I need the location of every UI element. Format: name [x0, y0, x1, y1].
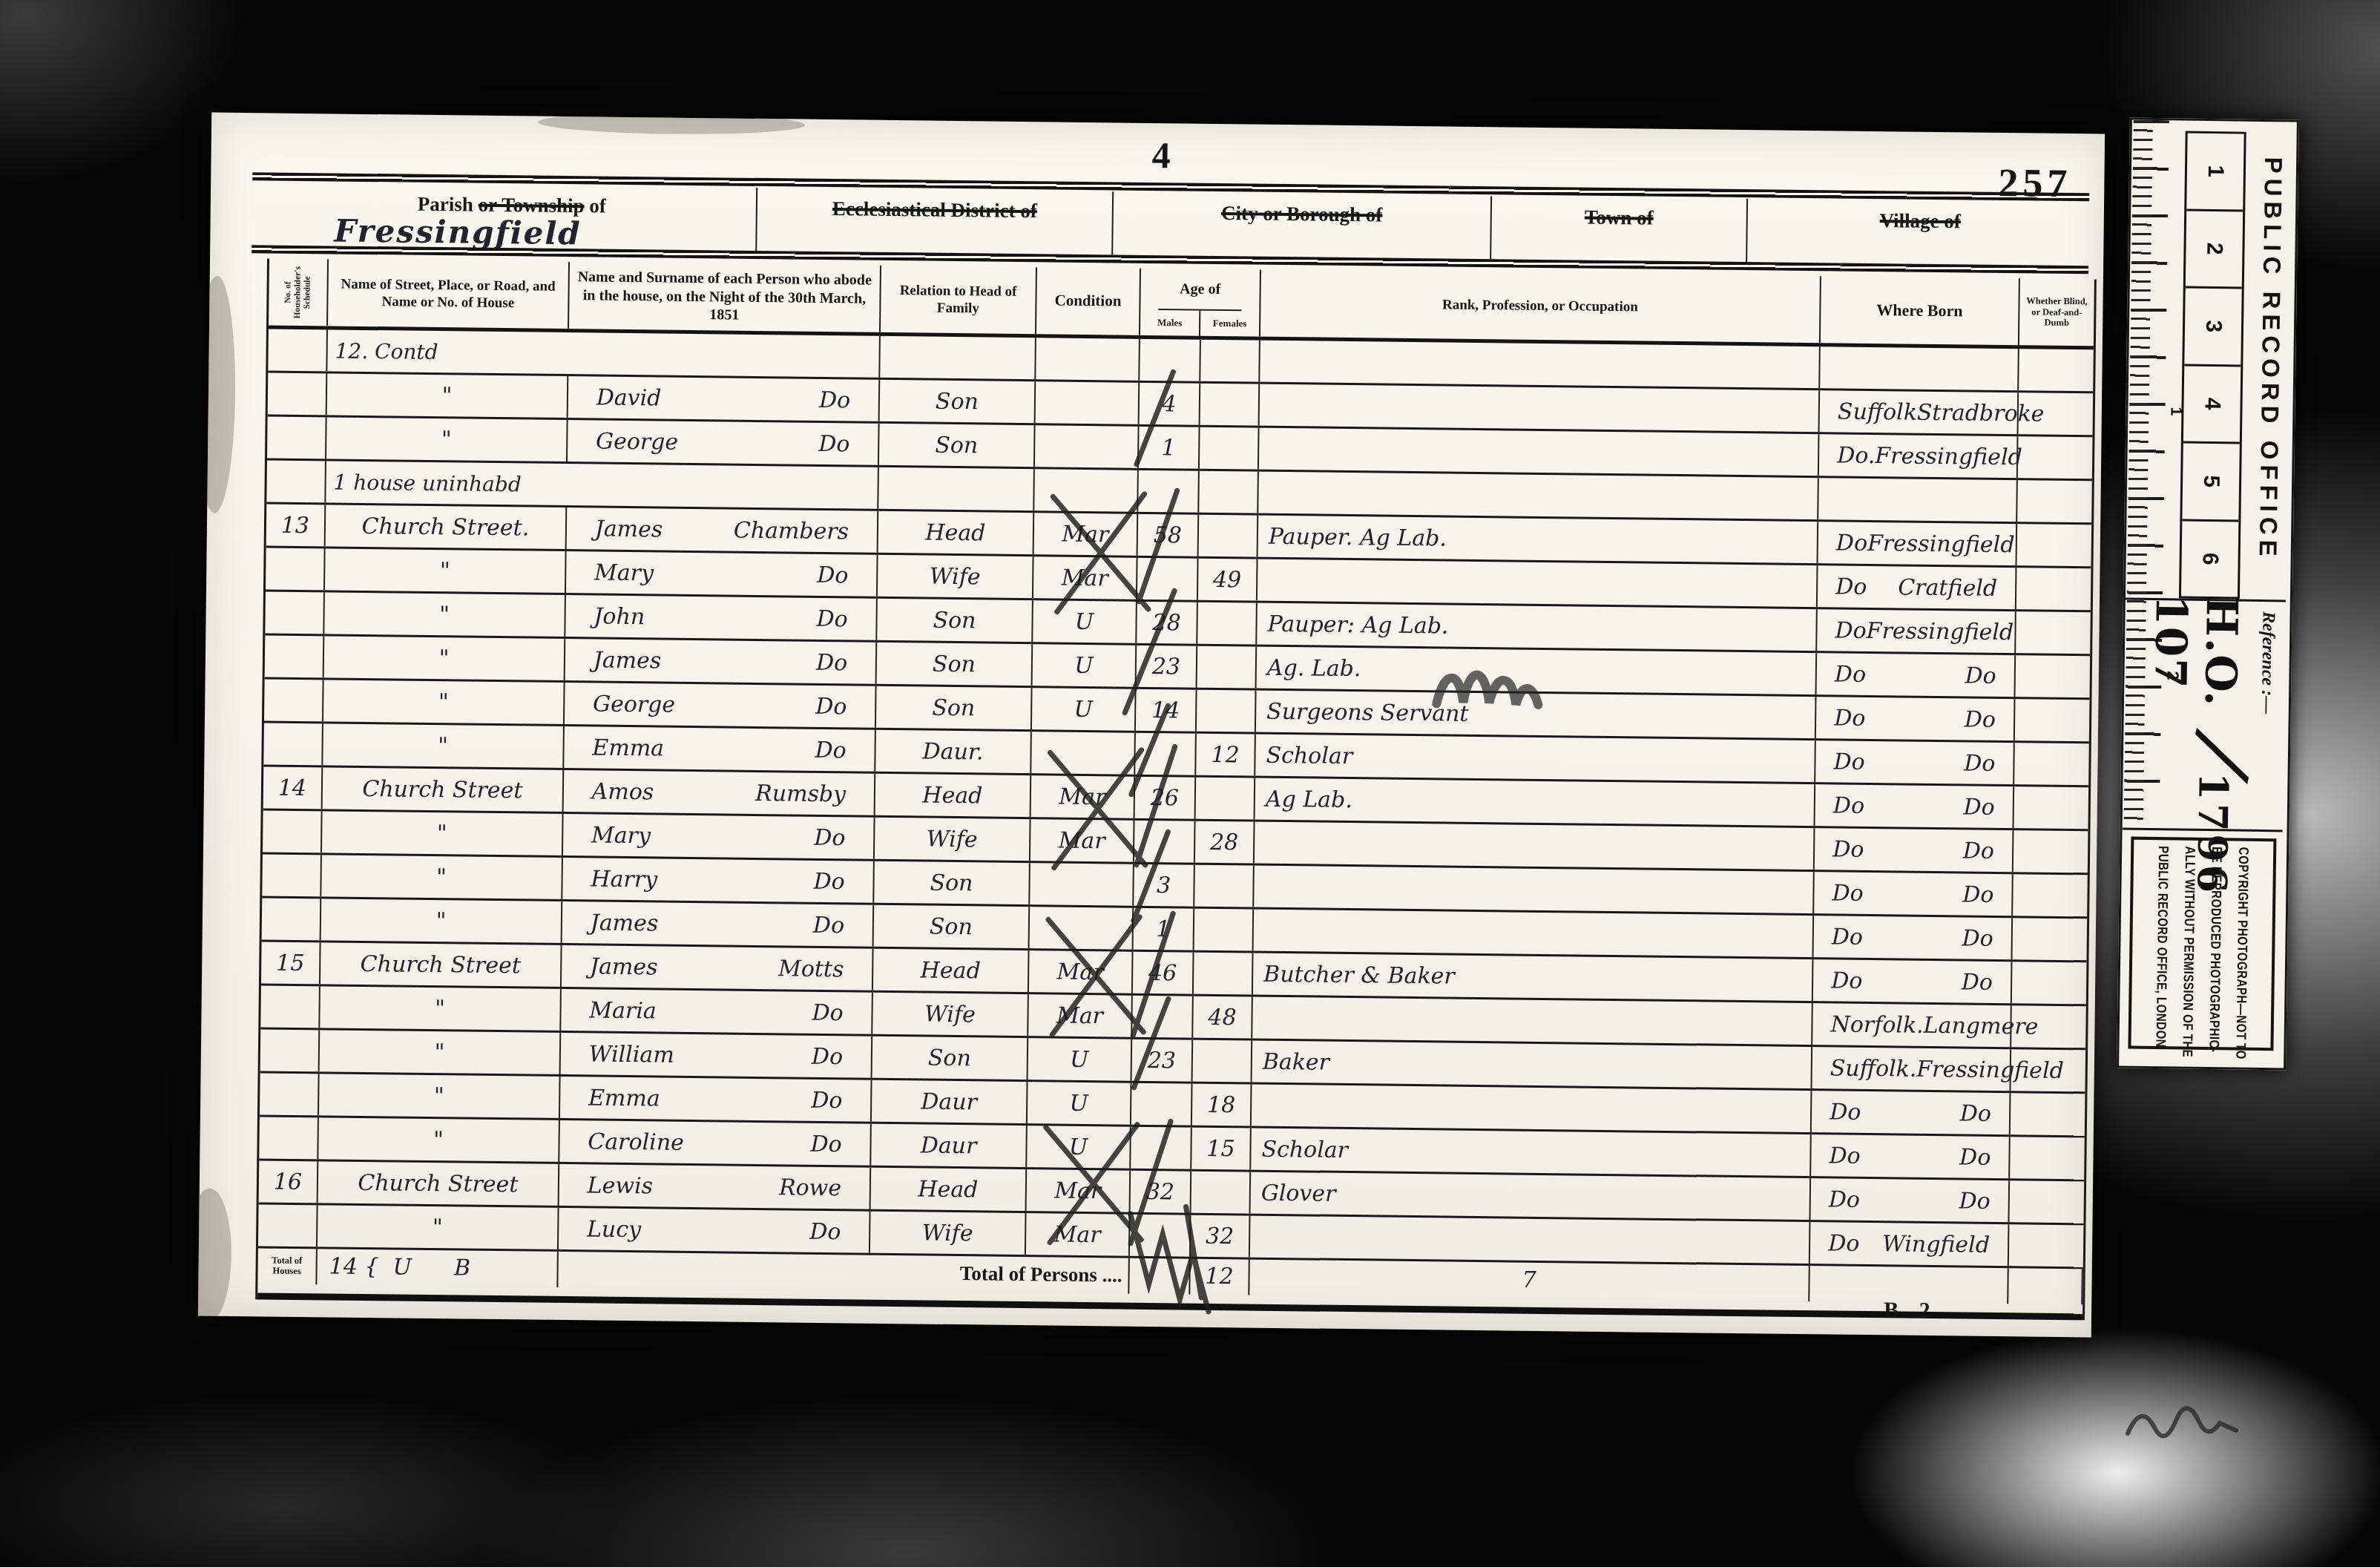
cell-age-male: 58 [1138, 514, 1200, 556]
ecclesiastical-header-cell: Ecclesiastical District of [757, 188, 1114, 254]
cell-born-county: Do [1832, 880, 1864, 906]
cell-surname: Do [812, 1043, 844, 1069]
cell-age-male: 1 [1134, 908, 1195, 950]
cell-surname: Do [810, 1131, 842, 1157]
cell-forename: John [594, 603, 645, 630]
ruler-number-boxes: 1 2 3 4 5 6 [2179, 131, 2246, 599]
parish-label: Parish [418, 193, 479, 216]
cell-born-place: Do [1962, 881, 1994, 907]
cell-street: Church Street [323, 767, 565, 812]
cell-name: Mary Do [563, 814, 875, 859]
cell-surname: Do [817, 562, 849, 588]
cell-born-place: Fressingfield [1867, 530, 2015, 557]
cell-relation: Son [877, 643, 1033, 686]
cell-forename: James [594, 647, 662, 674]
cell-surname: Do [816, 649, 848, 675]
cell-where-born: Do Do [1815, 784, 2015, 828]
cell-where-born: Do Do [1810, 1178, 2010, 1222]
cell-name: Amos Rumsby [564, 770, 876, 815]
ruler-box-6: 6 [2181, 521, 2238, 597]
cell-occupation [1254, 910, 1815, 958]
cell-schedule-number [264, 679, 324, 721]
cell-where-born: Do Do [1813, 959, 2013, 1003]
cell-born-county: Norfolk. [1830, 1011, 1924, 1038]
cell-schedule-number [265, 591, 325, 634]
cell-condition: Mar [1027, 1169, 1131, 1212]
cell-blind [2019, 392, 2094, 435]
cell-blind [2011, 1049, 2085, 1091]
cell-occupation [1254, 866, 1815, 914]
cell-forename: James [590, 953, 658, 980]
cell-age-female: 12 [1196, 734, 1256, 776]
copyright-line: BE REPRODUCED PHOTOGRAPHIC- [2201, 847, 2230, 1011]
cell-where-born [1820, 346, 2019, 390]
cell-surname: Rowe [779, 1175, 841, 1201]
cell-age-male [1131, 1083, 1193, 1126]
col-header-name: Name and Surname of each Person who abod… [569, 262, 881, 332]
cell-age-female [1194, 865, 1255, 907]
cell-age-female: 15 [1191, 1128, 1252, 1170]
cell-where-born: Do Do [1817, 653, 2016, 697]
cell-occupation: Ag. Lab. [1257, 647, 1818, 695]
cell-born-county: Suffolk [1838, 398, 1917, 425]
photographed-census-scan: 4 257 Parish or Township of Fressingfiel… [0, 0, 2380, 1567]
cell-condition [1030, 863, 1134, 906]
page-number: 4 [1151, 134, 1171, 177]
age-of-label: Age of [1158, 269, 1242, 311]
cell-blind [2019, 349, 2094, 391]
cell-age-female [1200, 427, 1260, 470]
cell-born-county: Do [1835, 661, 1867, 687]
cell-where-born: Do Do [1811, 1134, 2011, 1178]
cell-name: Lucy Do [559, 1208, 871, 1253]
cell-relation: Son [879, 424, 1036, 467]
cell-born-place: Cratfield [1898, 574, 1997, 602]
cell-born-county: Do [1836, 530, 1868, 556]
cell-age-male: 3 [1134, 864, 1195, 907]
cell-forename: William [589, 1041, 674, 1068]
cell-age-male: 26 [1135, 777, 1197, 819]
cell-age-male: 1 [1139, 427, 1200, 469]
cell-schedule-number [260, 1073, 320, 1115]
cell-schedule-number [266, 548, 326, 590]
cell-name: Harry Do [562, 858, 875, 903]
cell-relation: Son [874, 861, 1030, 904]
cell-age-female: 32 [1191, 1215, 1251, 1258]
cell-surname: Do [811, 1087, 843, 1113]
cell-age-male: 4 [1140, 383, 1201, 425]
cell-forename: Amos [592, 778, 654, 805]
cell-condition [1031, 732, 1136, 775]
cell-born-place: Wingfield [1882, 1231, 1990, 1258]
cell-forename: Lucy [587, 1216, 641, 1243]
cell-age-female: 18 [1192, 1084, 1252, 1126]
cell-forename: Emma [592, 735, 664, 761]
ecclesiastical-label-struck: Ecclesiastical District of [832, 197, 1037, 222]
cell-born-place: Fressingfield [1875, 443, 2022, 470]
col-header-condition: Condition [1036, 267, 1141, 335]
cell-forename: Mary [594, 559, 654, 586]
cell-born-county: Do [1829, 1143, 1861, 1169]
cell-occupation: Scholar [1251, 1129, 1812, 1177]
cell-where-born: Norfolk. Langmere [1812, 1003, 2012, 1047]
cell-born-county: Do [1835, 617, 1867, 643]
copyright-line: PUBLIC RECORD OFFICE, LONDON [2148, 846, 2177, 1011]
cell-street: " [324, 636, 566, 680]
cell-where-born: Do Fressingfield [1818, 522, 2018, 565]
census-sheet: 4 257 Parish or Township of Fressingfiel… [198, 113, 2105, 1338]
cell-street: " [327, 373, 569, 418]
cell-born-place: Do [1960, 1100, 1992, 1126]
cell-occupation: Surgeons Servant [1256, 691, 1817, 739]
cell-relation: Son [877, 599, 1033, 642]
cell-age-female [1197, 646, 1258, 689]
cell-forename: James [595, 516, 663, 542]
cell-condition: U [1032, 688, 1137, 731]
total-houses-value: 14 { U B [317, 1249, 559, 1287]
col-header-street: Name of Street, Place, or Road, and Name… [328, 259, 570, 329]
cell-where-born [1818, 478, 2018, 522]
cell-born-county: Do. [1837, 442, 1876, 469]
cell-where-born: Do Do [1814, 916, 2014, 959]
cell-blind [2009, 1180, 2084, 1223]
cell-street: Church Street [320, 942, 562, 987]
cell-condition: U [1033, 644, 1137, 687]
cell-schedule-number [262, 854, 322, 896]
cell-age-female [1197, 690, 1257, 732]
cell-relation: Daur [871, 1124, 1028, 1167]
cell-age-female: 48 [1193, 996, 1253, 1039]
cell-relation: Head [878, 511, 1035, 554]
cell-schedule-number [258, 1204, 318, 1246]
cell-name: John Do [565, 595, 878, 640]
cell-occupation: Baker [1252, 1041, 1813, 1089]
cell-occupation: Ag Lab. [1255, 778, 1816, 827]
cell-name: Caroline Do [559, 1120, 872, 1166]
cell-street: Church Street. [326, 505, 568, 549]
col-header-relation: Relation to Head of Family [881, 266, 1037, 334]
cell-age-male [1131, 1127, 1192, 1169]
cell-forename: James [591, 910, 659, 936]
cell-occupation [1260, 341, 1821, 389]
cell-age-male: 46 [1133, 952, 1194, 994]
cell-schedule-number [265, 635, 325, 677]
reference-series-stamp: H.O. 107 [2144, 595, 2247, 752]
cell-schedule-number [267, 416, 327, 459]
cell-age-female: 28 [1195, 821, 1255, 864]
copyright-line: ALLY WITHOUT PERMISSION OF THE [2174, 846, 2203, 1011]
cell-schedule-number [268, 372, 328, 415]
cell-age-male [1130, 1215, 1191, 1257]
cell-street: " [320, 1030, 562, 1074]
cell-surname: Do [813, 912, 845, 938]
cell-surname: Rumsby [755, 780, 846, 807]
cell-surname: Do [813, 868, 845, 894]
cell-born-place: Fressingfield [1867, 617, 2014, 645]
cell-condition: U [1028, 1038, 1133, 1081]
cell-blind [2017, 480, 2092, 522]
cell-empty [2008, 1268, 2083, 1304]
cell-age-male: 28 [1137, 602, 1198, 644]
village-header-cell: Village of [1747, 199, 2093, 266]
cell-schedule-number [266, 460, 326, 502]
cell-where-born: Suffolk. Fressingfield [1812, 1047, 2011, 1091]
cell-blind [2009, 1224, 2084, 1267]
ruler-box-4: 4 [2183, 366, 2241, 444]
cell-name: George Do [568, 420, 880, 465]
cell-forename: Caroline [588, 1129, 684, 1155]
cell-age-female [1194, 953, 1254, 995]
cell-born-place: Do [1965, 706, 1996, 732]
cell-where-born: Do Cratfield [1818, 565, 2017, 609]
cell-occupation [1255, 822, 1815, 870]
cell-street: " [320, 986, 562, 1031]
cell-age-female: 49 [1198, 559, 1258, 601]
census-table: No. of Householder's Schedule Name of St… [255, 258, 2097, 1320]
cell-born-county: Do [1832, 924, 1864, 950]
cell-condition: U [1028, 1082, 1132, 1125]
cell-where-born: Do Do [1814, 872, 2014, 916]
cell-age-male [1132, 996, 1194, 1038]
cell-occupation [1250, 1216, 1811, 1264]
cell-condition: Mar [1030, 819, 1135, 862]
cell-forename: Lewis [588, 1172, 654, 1199]
cell-blind [2012, 918, 2087, 960]
cell-street: " [324, 592, 566, 637]
cell-age-male [1135, 733, 1197, 775]
cell-relation: Head [873, 949, 1030, 992]
cell-condition: Mar [1029, 950, 1134, 993]
copyright-box: COPYRIGHT PHOTOGRAPH—NOT TO BE REPRODUCE… [2128, 837, 2276, 1051]
cell-schedule-number [262, 898, 322, 940]
ruler-box-5: 5 [2182, 444, 2239, 522]
cell-where-born: Do Do [1812, 1091, 2011, 1134]
cell-surname: Chambers [734, 517, 849, 545]
cell-born-place: Do [1963, 838, 1995, 864]
cell-relation: Wife [870, 1212, 1027, 1255]
cell-blind [2011, 1005, 2086, 1048]
cell-condition: Mar [1028, 994, 1133, 1037]
cell-where-born: Do Do [1815, 740, 2015, 784]
cell-where-born: Do Do [1815, 828, 2014, 872]
cell-schedule-number [263, 723, 323, 765]
ruler-box-2: 2 [2186, 211, 2243, 289]
cell-blind [2012, 962, 2087, 1004]
cell-street: " [321, 855, 563, 899]
cell-born-county: Do [1831, 968, 1863, 993]
cell-where-born: Do Wingfield [1810, 1222, 2010, 1266]
col-header-occupation: Rank, Profession, or Occupation [1260, 270, 1821, 344]
cell-blind [2011, 1093, 2085, 1135]
cell-born-county: Do [1835, 574, 1867, 599]
cell-occupation [1259, 428, 1820, 476]
cell-street: " [326, 417, 568, 461]
cell-born-county: Do [1832, 836, 1864, 862]
col-header-schedule: No. of Householder's Schedule [269, 258, 329, 326]
cell-schedule-number: 16 [259, 1160, 319, 1203]
cell-schedule-number: 14 [263, 766, 323, 809]
cell-age-male: 14 [1136, 689, 1197, 732]
cell-note: 1 house uninhabd [326, 461, 879, 508]
cell-blind [2013, 874, 2088, 916]
ruler-box-3: 3 [2184, 289, 2241, 367]
cell-street: " [318, 1117, 560, 1162]
town-label-struck: Town of [1585, 206, 1654, 229]
ruler-inch-1: 1 [2166, 407, 2186, 416]
cell-occupation: Butcher & Baker [1253, 953, 1814, 1002]
cell-empty [257, 1284, 317, 1293]
city-label-struck: City or Borough of [1221, 202, 1383, 226]
cell-born-county: Do [1829, 1186, 1861, 1212]
cell-condition: Mar [1033, 556, 1138, 599]
cell-age-female [1200, 340, 1260, 382]
cell-condition [1036, 381, 1140, 424]
city-header-cell: City or Borough of [1113, 191, 1492, 259]
cell-forename: David [596, 384, 662, 411]
cell-surname: Do [814, 824, 846, 850]
cell-occupation [1258, 472, 1819, 520]
cell-occupation [1258, 559, 1818, 608]
cell-age-female [1200, 384, 1260, 426]
cell-born-county: Do [1833, 749, 1865, 775]
cell-name: David Do [568, 376, 881, 421]
cell-blind [2017, 524, 2092, 566]
cell-age-male: 32 [1131, 1171, 1192, 1213]
cell-occupation: Pauper. Ag Lab. [1258, 516, 1819, 564]
parish-header-cell: Parish or Township of Fressingfield [267, 182, 757, 250]
cell-relation: Head [875, 774, 1032, 817]
cell-occupation: Glover [1251, 1172, 1812, 1221]
cell-schedule-number [268, 329, 328, 371]
cell-born-place: Do [1959, 1144, 1991, 1170]
total-persons-label: Total of Persons .... [558, 1252, 1129, 1293]
cell-condition [1030, 907, 1134, 950]
cell-relation: Daur [872, 1080, 1028, 1123]
cell-surname: Do [818, 430, 850, 456]
cell-forename: Harry [591, 866, 657, 893]
cell-name: Emma Do [564, 726, 876, 772]
cell-condition: U [1027, 1126, 1131, 1169]
total-males: 12 [1190, 1259, 1250, 1295]
cell-age-male [1134, 821, 1196, 863]
cell-surname: Do [809, 1218, 841, 1244]
cell-born-place: Do [1962, 925, 1993, 951]
copyright-line: COPYRIGHT PHOTOGRAPH—NOT TO [2228, 847, 2257, 1011]
cell-surname: Do [815, 737, 847, 763]
cell-born-place: Do [1959, 1188, 1991, 1214]
cell-age-female [1199, 515, 1259, 557]
cell-where-born: Do Do [1816, 697, 2016, 740]
parish-label-struck: or Township [479, 194, 585, 217]
cell-occupation: Scholar [1255, 735, 1816, 783]
cell-age-male [1137, 558, 1199, 600]
cell-relation: Wife [872, 993, 1029, 1036]
cell-forename: Emma [588, 1085, 660, 1111]
cell-name: James Motts [562, 945, 874, 991]
cell-condition: Mar [1026, 1213, 1131, 1256]
cell-blind [2014, 743, 2089, 785]
cell-street: " [318, 1205, 559, 1249]
age-females-label: Females [1200, 311, 1259, 337]
census-rows: 12. Contd " David Do Son 4 Suffolk Strad… [258, 329, 2094, 1269]
cell-schedule-number [260, 1029, 320, 1071]
cell-born-county: Suffolk. [1830, 1055, 1917, 1082]
cell-forename: Maria [589, 997, 657, 1024]
cell-age-female [1193, 1040, 1253, 1083]
col-header-where-born: Where Born [1821, 276, 2020, 345]
cell-relation: Son [880, 380, 1036, 423]
cell-relation [878, 467, 1035, 510]
cell-forename: George [596, 428, 678, 455]
cell-occupation: Pauper: Ag Lab. [1257, 603, 1818, 651]
cell-blind [2014, 830, 2088, 873]
cell-forename: Mary [591, 822, 651, 849]
cell-occupation [1252, 997, 1813, 1045]
cell-forename: George [593, 691, 675, 717]
cell-schedule-number [260, 985, 320, 1028]
parish-label-of: of [584, 194, 606, 217]
plate-mark: B 2 [1884, 1298, 1938, 1324]
total-houses-label: Total of Houses [257, 1248, 318, 1284]
cell-condition [1035, 425, 1140, 468]
cell-blind [2018, 436, 2093, 479]
cell-relation: Daur. [875, 730, 1032, 773]
cell-relation: Wife [875, 818, 1031, 861]
cell-surname: Do [816, 605, 848, 631]
cell-surname: Do [812, 999, 844, 1025]
reference-label: Reference :— [2257, 611, 2278, 714]
cell-where-born: Suffolk Stradbroke [1820, 390, 2019, 434]
cell-blind [2014, 786, 2088, 829]
cell-name: Emma Do [560, 1077, 872, 1122]
cell-street: " [319, 1074, 561, 1118]
cell-name: James Chambers [567, 507, 879, 553]
col-header-blind: Whether Blind, or Deaf-and-Dumb [2019, 278, 2094, 346]
cell-born-county: Do [1828, 1230, 1860, 1256]
cell-relation: Wife [878, 555, 1034, 598]
cell-blind [2016, 655, 2091, 697]
cell-street: Church Street [318, 1161, 560, 1206]
cell-age-female [1197, 602, 1258, 645]
cell-born-place: Do [1963, 794, 1995, 820]
cell-name: Lewis Rowe [559, 1164, 872, 1209]
cell-age-female [1196, 778, 1256, 820]
cell-age-male: 23 [1137, 645, 1198, 688]
cell-condition: Mar [1031, 775, 1136, 818]
cell-surname: Do [819, 387, 851, 413]
cell-age-male: 23 [1132, 1039, 1194, 1082]
cell-schedule-number [263, 810, 323, 853]
age-males-label: Males [1140, 310, 1200, 336]
cell-age-male [1140, 339, 1201, 381]
cell-condition [1034, 469, 1139, 512]
cell-born-county: Do [1830, 1099, 1861, 1125]
ruler-box-1: 1 [2186, 134, 2243, 212]
cell-name: William Do [561, 1033, 873, 1078]
cell-relation: Son [876, 686, 1033, 729]
village-label-struck: Village of [1879, 209, 1961, 232]
cell-relation: Son [872, 1037, 1029, 1080]
pro-strip-content: PUBLIC RECORD OFFICE 1 2 3 4 5 6 1 2 Ref… [2119, 120, 2292, 1064]
cell-name: James Do [562, 901, 875, 947]
cell-condition: Mar [1034, 513, 1139, 556]
town-header-cell: Town of [1491, 196, 1748, 262]
cell-note: 12. Contd [327, 329, 881, 377]
cell-street: " [325, 548, 567, 593]
cell-age-female [1191, 1172, 1252, 1214]
cell-name: George Do [565, 683, 877, 728]
pro-reference-strip: PUBLIC RECORD OFFICE 1 2 3 4 5 6 1 2 Ref… [2117, 117, 2299, 1070]
